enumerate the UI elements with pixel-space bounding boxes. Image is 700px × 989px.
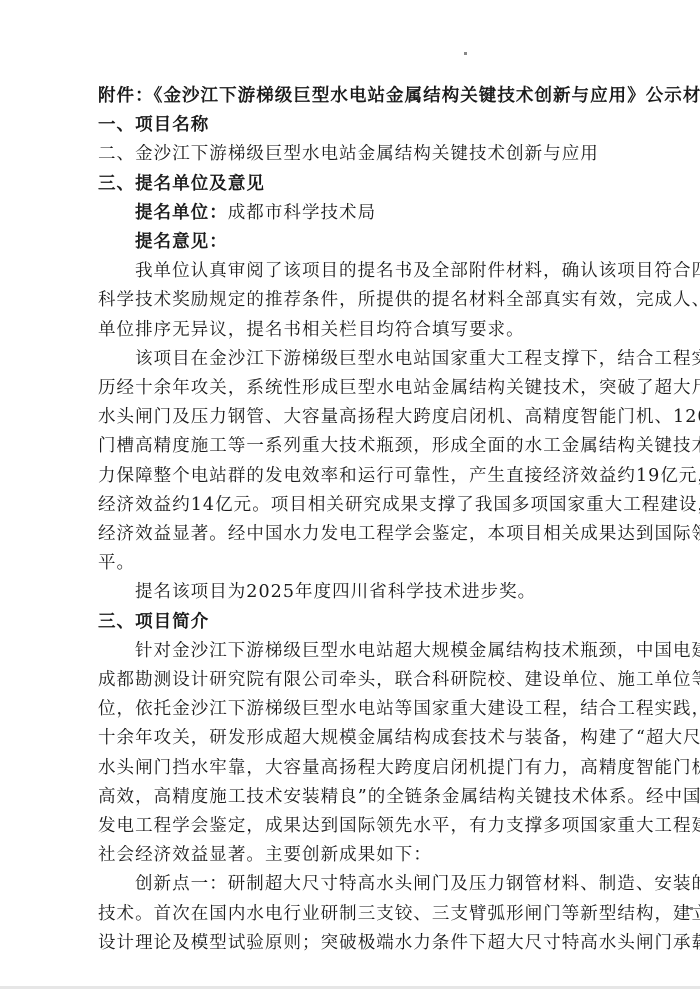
text-line: 发电工程学会鉴定，成果达到国际领先水平，有力支撑多项国家重大工程建设， [98, 812, 602, 841]
nominating-unit-value: 成都市科学技术局 [228, 203, 376, 223]
opinion-paragraph-1: 我单位认真审阅了该项目的提名书及全部附件材料，确认该项目符合四川省 科学技术奖励… [98, 257, 602, 345]
text-line: 我单位认真审阅了该项目的提名书及全部附件材料，确认该项目符合四川省 [98, 257, 602, 286]
scan-speck-top [464, 52, 467, 55]
text-line: 水头闸门挡水牢靠，大容量高扬程大跨度启闭机提门有力，高精度智能门机运行 [98, 754, 602, 783]
text-line: 门槽高精度施工等一系列重大技术瓶颈，形成全面的水工金属结构关键技术，有 [98, 432, 602, 461]
document-page: 附件：《金沙江下游梯级巨型水电站金属结构关键技术创新与应用》公示材料 一、项目名… [98, 82, 602, 958]
text-line: 科学技术奖励规定的推荐条件，所提供的提名材料全部真实有效，完成人、完成 [98, 286, 602, 315]
intro-paragraph-2: 创新点一：研制超大尺寸特高水头闸门及压力钢管材料、制造、安装的成套 技术。首次在… [98, 870, 602, 958]
section-heading-project-name: 一、项目名称 [98, 111, 602, 140]
nominating-unit-row: 提名单位：成都市科学技术局 [98, 199, 602, 228]
text-line: 经济效益显著。经中国水力发电工程学会鉴定，本项目相关成果达到国际领先水 [98, 520, 602, 549]
text-line: 提名该项目为2025年度四川省科学技术进步奖。 [98, 578, 602, 607]
text-line: 水头闸门及压力钢管、大容量高扬程大跨度启闭机、高精度智能门机、120米级斜 [98, 403, 602, 432]
opinion-paragraph-3: 提名该项目为2025年度四川省科学技术进步奖。 [98, 578, 602, 607]
text-line: 十余年攻关，研发形成超大规模金属结构成套技术与装备，构建了“超大尺寸高 [98, 724, 602, 753]
opinion-paragraph-2: 该项目在金沙江下游梯级巨型水电站国家重大工程支撑下，结合工程实践， 历经十余年攻… [98, 345, 602, 579]
text-line: 位，依托金沙江下游梯级巨型水电站等国家重大建设工程，结合工程实践，历经 [98, 695, 602, 724]
text-line: 设计理论及模型试验原则；突破极端水力条件下超大尺寸特高水头闸门承载支承 [98, 929, 602, 958]
text-line: 针对金沙江下游梯级巨型水电站超大规模金属结构技术瓶颈，中国电建集团 [98, 637, 602, 666]
text-line: 创新点一：研制超大尺寸特高水头闸门及压力钢管材料、制造、安装的成套 [98, 870, 602, 899]
nominating-unit-label: 提名单位： [135, 203, 228, 223]
text-line: 成都勘测设计研究院有限公司牵头，联合科研院校、建设单位、施工单位等6家单 [98, 666, 602, 695]
text-line: 高效，高精度施工技术安装精良”的全链条金属结构关键技术体系。经中国水力 [98, 783, 602, 812]
intro-paragraph-1: 针对金沙江下游梯级巨型水电站超大规模金属结构技术瓶颈，中国电建集团 成都勘测设计… [98, 637, 602, 871]
text-line: 历经十余年攻关，系统性形成巨型水电站金属结构关键技术，突破了超大尺寸高 [98, 374, 602, 403]
text-line: 社会经济效益显著。主要创新成果如下： [98, 841, 602, 870]
text-line: 平。 [98, 549, 602, 578]
text-line: 该项目在金沙江下游梯级巨型水电站国家重大工程支撑下，结合工程实践， [98, 345, 602, 374]
text-line: 经济效益约14亿元。项目相关研究成果支撑了我国多项国家重大工程建设，社会 [98, 491, 602, 520]
text-line: 技术。首次在国内水电行业研制三支铰、三支臂弧形闸门等新型结构，建立相关 [98, 900, 602, 929]
project-name-value: 二、金沙江下游梯级巨型水电站金属结构关键技术创新与应用 [98, 140, 602, 169]
section-heading-nomination: 三、提名单位及意见 [98, 170, 602, 199]
section-heading-project-intro: 三、项目简介 [98, 608, 602, 637]
document-title: 附件：《金沙江下游梯级巨型水电站金属结构关键技术创新与应用》公示材料 [98, 82, 602, 111]
text-line: 单位排序无异议，提名书相关栏目均符合填写要求。 [98, 316, 602, 345]
text-line: 力保障整个电站群的发电效率和运行可靠性，产生直接经济效益约19亿元，间接 [98, 462, 602, 491]
nomination-opinion-label: 提名意见： [98, 228, 602, 257]
